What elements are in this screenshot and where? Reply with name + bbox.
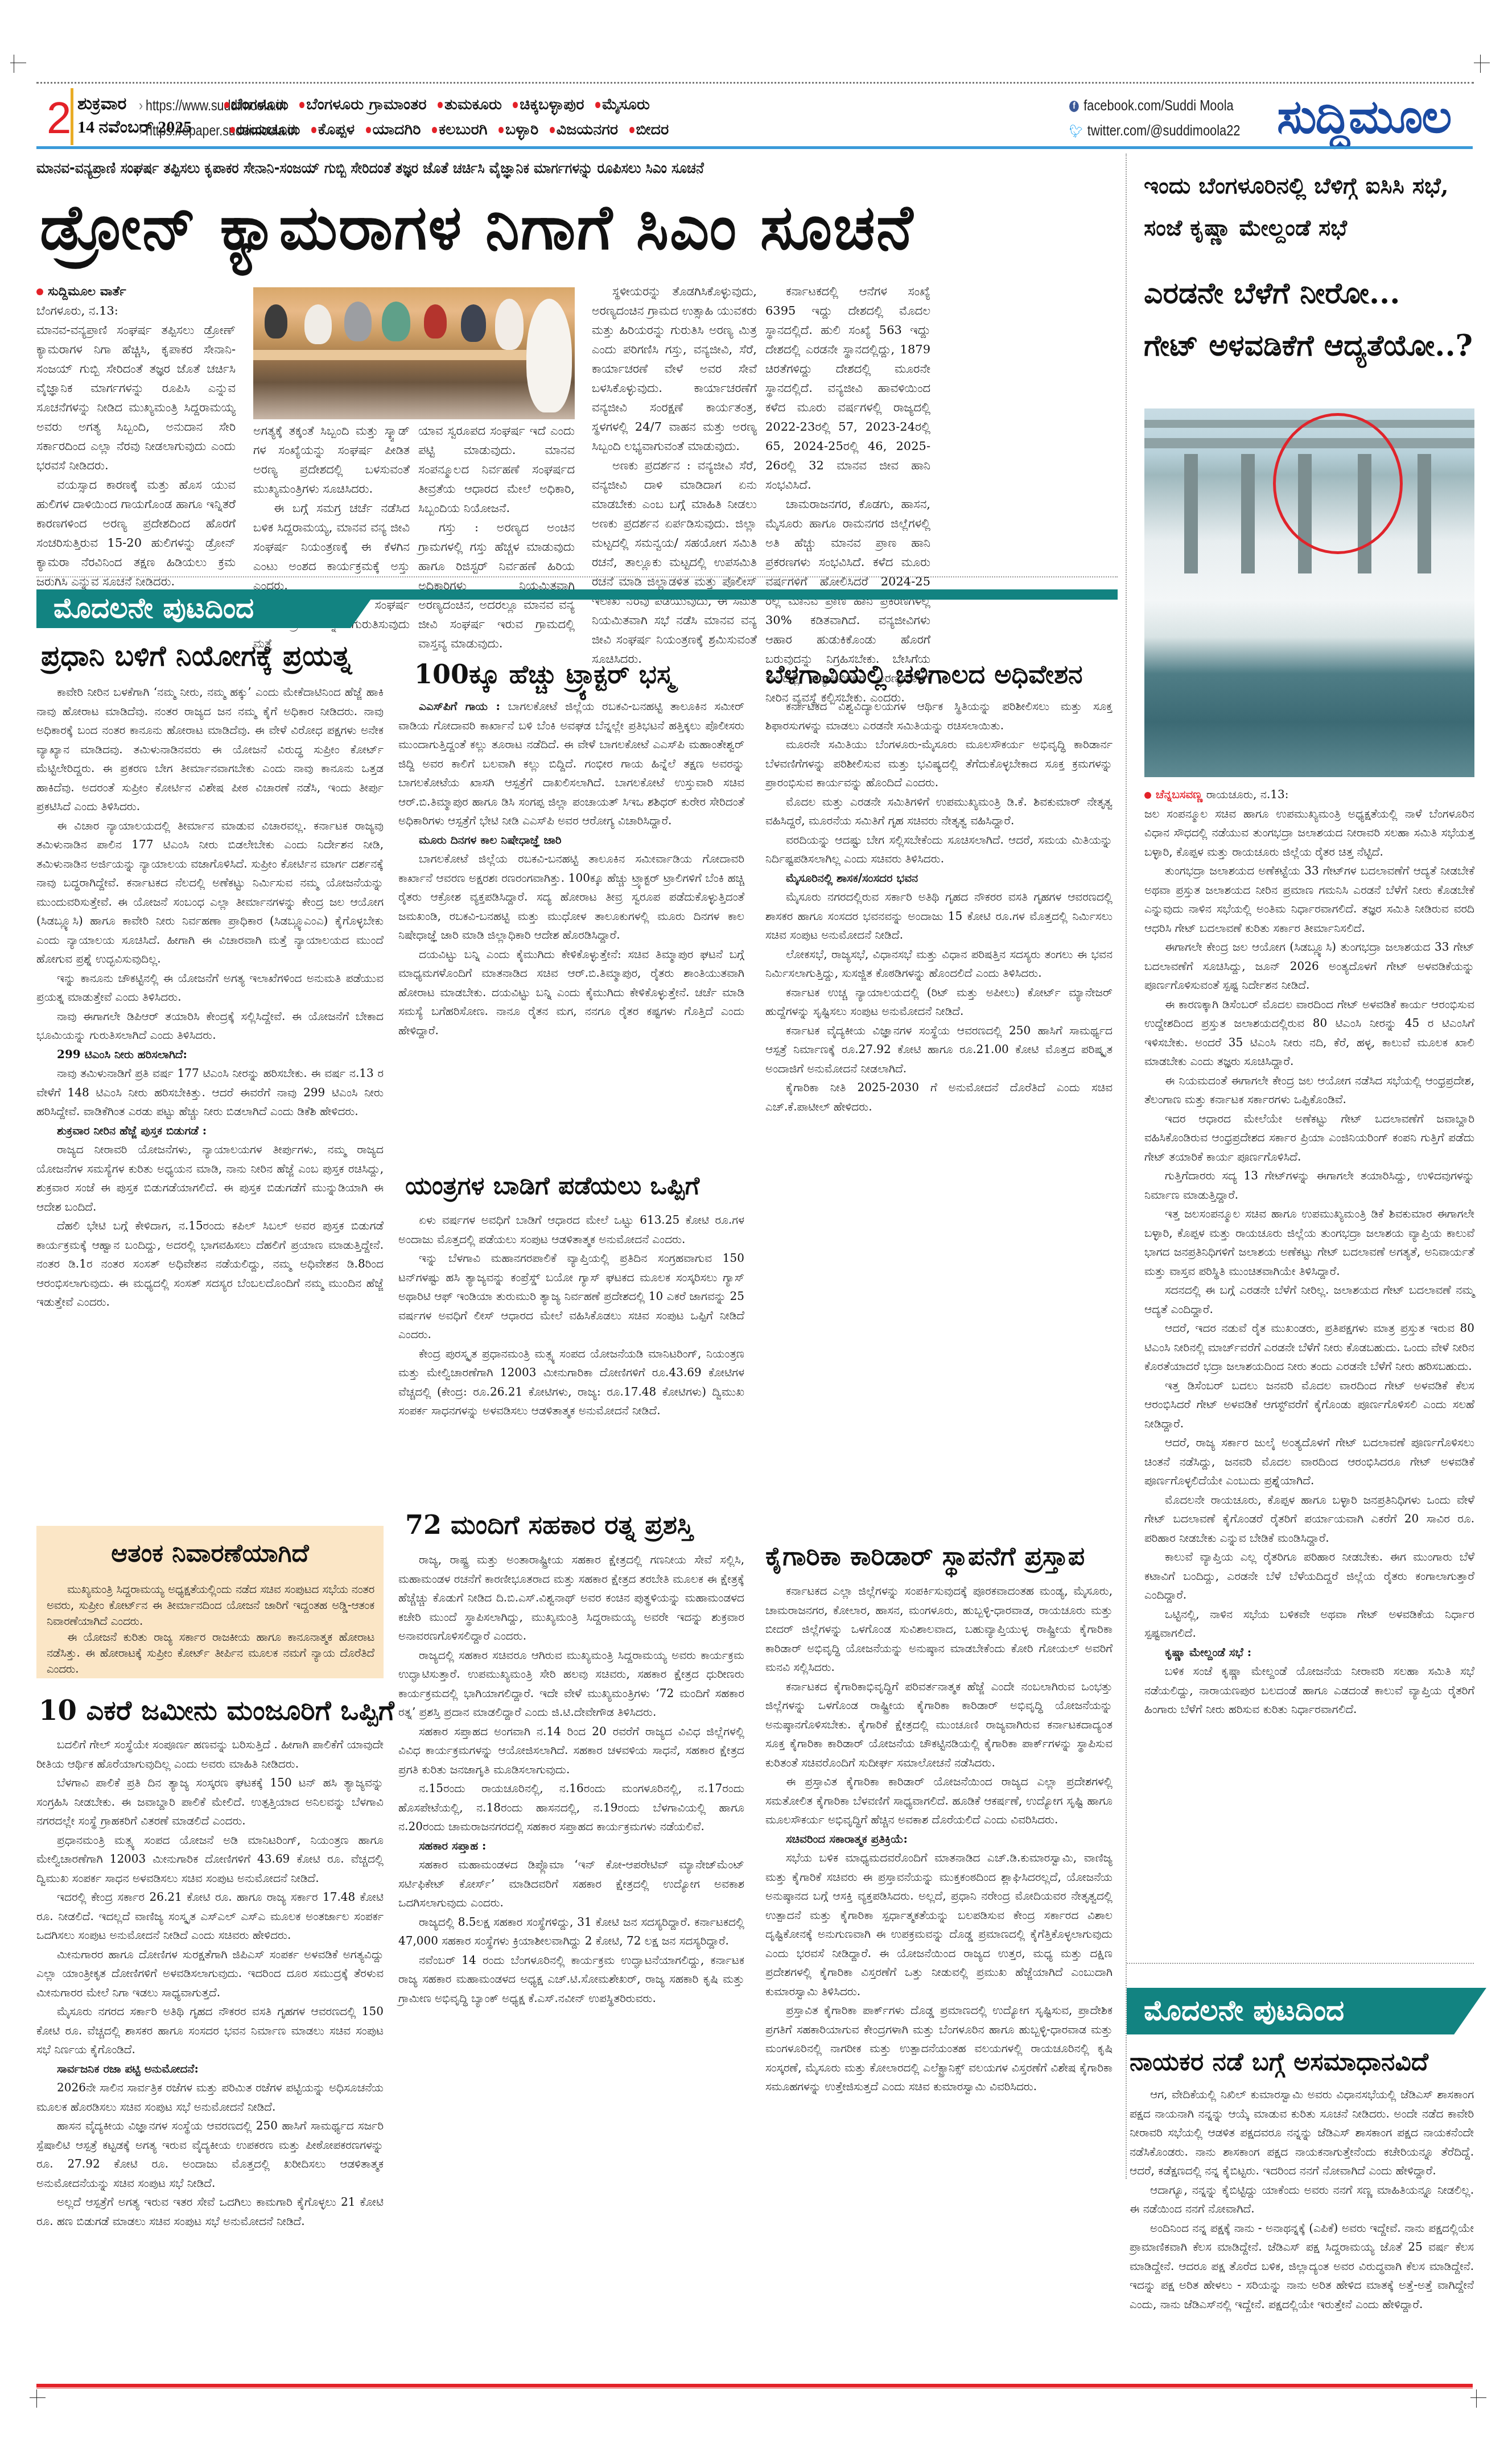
story-headline-corridor: ಕೈಗಾರಿಕಾ ಕಾರಿಡಾರ್ ಸ್ಥಾಪನೆಗೆ ಪ್ರಸ್ತಾಪ	[765, 1536, 1085, 1576]
city-item: ಬೆಂಗಳೂರು ಗ್ರಾಮಾಂತರ	[299, 96, 426, 113]
subheading: ಮೈಸೂರಿನಲ್ಲಿ ಶಾಸಕ/ಸಂಸದರ ಭವನ	[765, 869, 1113, 888]
photo-table	[253, 350, 526, 360]
paragraph: ಒಟ್ಟಿನಲ್ಲಿ, ನಾಳಿನ ಸಭೆಯ ಬಳಿಕವೇ ಅಥವಾ ಗೇಟ್ …	[1144, 1605, 1474, 1643]
paragraph: ಕಾಲುವೆ ವ್ಯಾಪ್ತಿಯ ಎಲ್ಲ ರೈತರಿಗೂ ಪರಿಹಾರ ನೀಡ…	[1144, 1547, 1474, 1605]
city-item: ಮೈಸೂರು	[595, 96, 650, 113]
paragraph: ಸದನದಲ್ಲಿ ಈ ಬಗ್ಗೆ ಎರಡನೇ ಬೆಳೆಗೆ ನೀರಿಲ್ಲ. ಜ…	[1144, 1281, 1474, 1319]
paragraph: ಕರ್ನಾಟಕ ವೈದ್ಯಕೀಯ ವಿಜ್ಞಾನಗಳ ಸಂಸ್ಥೆಯ ಆವರಣದ…	[765, 1021, 1113, 1079]
photo-person	[344, 302, 372, 341]
bullet-icon	[432, 127, 437, 133]
paragraph: ಆದರೆ, ರಾಜ್ಯ ಸರ್ಕಾರ ಜುಲೈ ಅಂತ್ಯದೊಳಗೆ ಗೇಟ್ …	[1144, 1433, 1474, 1491]
paragraph: ಮುಖ್ಯಮಂತ್ರಿ ಸಿದ್ದರಾಮಯ್ಯ ಅಧ್ಯಕ್ಷತೆಯಲ್ಲಿಂದ…	[47, 1582, 374, 1629]
chevron-right-icon: ›	[139, 97, 143, 114]
paragraph: ಸಹಕಾರ ಮಹಾಮಂಡಳದ ಡಿಪ್ಲೊಮಾ ‘ಇನ್ ಕೋ-ಆಪರೇಟಿವ್…	[398, 1855, 744, 1913]
column-divider	[1126, 154, 1127, 2179]
paragraph: ಕರ್ನಾಟಕದ ವಿಶ್ವವಿದ್ಯಾಲಯಗಳ ಆರ್ಥಿಕ ಸ್ಥಿತಿಯನ…	[765, 697, 1113, 735]
story-land-body: ಬದಲಿಗೆ ಗೇಲ್ ಸಂಸ್ಥೆಯೇ ಸಂಪೂರ್ಣ ಹಣವನ್ನು ಬರಿ…	[36, 1735, 384, 2231]
paragraph: ರಾಜ್ಯದಲ್ಲಿ 8.5ಲಕ್ಷ ಸಹಕಾರ ಸಂಸ್ಥೆಗಳಿದ್ದು, …	[398, 1913, 744, 1951]
city-item: ಕಲಬುರಗಿ	[432, 121, 488, 138]
box-body: ಮುಖ್ಯಮಂತ್ರಿ ಸಿದ್ದರಾಮಯ್ಯ ಅಧ್ಯಕ್ಷತೆಯಲ್ಲಿಂದ…	[47, 1582, 374, 1677]
bullet-icon	[550, 127, 555, 133]
subheading: ಕೃಷ್ಣಾ ಮೇಲ್ದಂಡೆ ಸಭೆ :	[1144, 1643, 1474, 1662]
paragraph: ಇನ್ನು ಕಾನೂನು ಚೌಕಟ್ಟಿನಲ್ಲಿ ಈ ಯೋಜನೆಗೆ ಅಗತ್…	[36, 969, 384, 1007]
highlight-box: ಆತಂಕ ನಿವಾರಣೆಯಾಗಿದೆ ಮುಖ್ಯಮಂತ್ರಿ ಸಿದ್ದರಾಮಯ…	[36, 1526, 384, 1678]
crop-mark	[36, 2389, 37, 2408]
story-pm-body: ಕಾವೇರಿ ನೀರಿನ ಬಳಕೆಗಾಗಿ ‘ನಮ್ಮ ನೀರು, ನಮ್ಮ ಹ…	[36, 683, 384, 1312]
city-item: ರಾಯಚೂರು	[230, 121, 300, 138]
paragraph: ಈ ಪ್ರಸ್ತಾವಿತ ಕೈಗಾರಿಕಾ ಕಾರಿಡಾರ್ ಯೋಜನೆಯಿಂದ…	[765, 1772, 1113, 1830]
lead-column-3: ಯಾವ ಸ್ವರೂಪದ ಸಂಘರ್ಷ ಇದೆ ಎಂದು ಪಟ್ಟಿ ಮಾಡುವು…	[418, 421, 575, 653]
bullet-icon	[311, 127, 316, 133]
paragraph: ಇದರಲ್ಲಿ ಕೇಂದ್ರ ಸರ್ಕಾರ 26.21 ಕೋಟಿ ರೂ. ಹಾಗ…	[36, 1888, 384, 1945]
story-headline-land: 10 ಎಕರೆ ಜಮೀನು ಮಂಜೂರಿಗೆ ಒಪ್ಪಿಗೆ	[39, 1691, 394, 1731]
crop-mark	[1470, 2397, 1486, 2398]
photo-person	[304, 304, 332, 344]
city-row-1: ಬೆಂಗಳೂರು ಬೆಂಗಳೂರು ಗ್ರಾಮಾಂತರ ತುಮಕೂರು ಚಿಕ್…	[224, 93, 810, 118]
paragraph: ಮೈಸೂರು ನಗರದ ಸರ್ಕಾರಿ ಅತಿಥಿ ಗೃಹದ ನೌಕರರ ವಸತ…	[36, 2002, 384, 2059]
subheading: ಸಾರ್ವಜನಿಕ ರಜಾ ಪಟ್ಟಿ ಅನುಮೋದನೆ:	[36, 2059, 384, 2079]
top-dotted-rule	[36, 82, 1474, 84]
masthead-rule	[36, 146, 1473, 149]
byline: ಚೆನ್ನಬಸವಣ್ಣ ರಾಯಚೂರು, ನ.13:	[1144, 785, 1474, 804]
section-banner-from-front: ಮೊದಲನೇ ಪುಟದಿಂದ	[36, 589, 378, 628]
paragraph: ಈಗಾಗಲೇ ಕೇಂದ್ರ ಜಲ ಆಯೋಗ (ಸಿಡಬ್ಲ್ಯೂಸಿ) ತುಂಗ…	[1144, 938, 1474, 995]
paragraph: ನ.15ರಂದು ರಾಯಚೂರಿನಲ್ಲಿ, ನ.16ರಂದು ಮಂಗಳೂರಿನ…	[398, 1779, 744, 1836]
crop-mark	[1480, 55, 1481, 73]
city-editions: ಬೆಂಗಳೂರು ಬೆಂಗಳೂರು ಗ್ರಾಮಾಂತರ ತುಮಕೂರು ಚಿಕ್…	[224, 93, 810, 143]
paragraph: ಈ ನಿಯಮದಂತೆ ಈಗಾಗಲೇ ಕೇಂದ್ರ ಜಲ ಆಯೋಗ ನಡೆಸಿದ …	[1144, 1071, 1474, 1109]
paragraph: ರಾಜ್ಯದಲ್ಲಿ ಸಹಕಾರ ಸಚಿವರೂ ಆಗಿರುವ ಮುಖ್ಯಮಂತ್…	[398, 1646, 744, 1722]
story-headline-session: ಬೆಳಗಾವಿಯಲ್ಲಿ ಚಳಿಗಾಲದ ಅಧಿವೇಶನ	[765, 654, 1083, 694]
paragraph: ಮೊದಲ ಮತ್ತು ಎರಡನೇ ಸಮಿತಿಗಳಿಗೆ ಉಪಮುಖ್ಯಮಂತ್ರ…	[765, 793, 1113, 831]
story-headline-tractor: 100ಕ್ಕೂ ಹೆಚ್ಚು ಟ್ರ್ಯಾಕ್ಟರ್ ಭಸ್ಮ	[414, 654, 674, 694]
lead-column-4: ಸ್ಥಳೀಯರನ್ನು ತೊಡಗಿಸಿಕೊಳ್ಳುವುದು, ಅರಣ್ಯದಂಚಿ…	[592, 282, 757, 668]
city-item: ಯಾದಗಿರಿ	[366, 121, 421, 138]
bullet-icon	[1144, 792, 1151, 799]
paragraph: ಹಾಸನ ವೈದ್ಯಕೀಯ ವಿಜ್ಞಾನಗಳ ಸಂಸ್ಥೆಯ ಆವರಣದಲ್ಲ…	[36, 2116, 384, 2193]
story-machines-body: ಏಳು ವರ್ಷಗಳ ಅವಧಿಗೆ ಬಾಡಿಗೆ ಆಧಾರದ ಮೇಲೆ ಒಟ್ಟ…	[398, 1211, 744, 1421]
paragraph: ಜಲ ಸಂಪನ್ಮೂಲ ಸಚಿವ ಹಾಗೂ ಉಪಮುಖ್ಯಮಂತ್ರಿ ಅಧ್ಯ…	[1144, 804, 1474, 862]
story-corridor-body: ಕರ್ನಾಟಕದ ಎಲ್ಲಾ ಜಿಲ್ಲೆಗಳನ್ನು ಸಂಪರ್ಕಿಸುವುದ…	[765, 1582, 1113, 2096]
city-item: ಬೀದರ	[629, 121, 669, 138]
paragraph: ಈ ಬಗ್ಗೆ ಸಮಗ್ರ ಚರ್ಚೆ ನಡೆಸಿದ ಬಳಿಕ ಸಿದ್ದರಾಮ…	[253, 498, 410, 595]
paragraph: ಈ ಕಾರಣಕ್ಕಾಗಿ ಡಿಸೆಂಬರ್ ಮೊದಲ ವಾರದಿಂದ ಗೇಟ್ …	[1144, 995, 1474, 1071]
story-award-body: ರಾಜ್ಯ, ರಾಷ್ಟ್ರ ಮತ್ತು ಅಂತಾರಾಷ್ಟ್ರೀಯ ಸಹಕಾರ…	[398, 1550, 744, 2008]
right-headline: ಎರಡನೇ ಬೆಳೆಗೆ ನೀರೋ... ಗೇಟ್ ಅಳವಡಿಕೆಗೆ ಆದ್ಯ…	[1144, 267, 1485, 372]
paragraph: ಎಎಸ್‌ಪಿಗೆ ಗಾಯ : ಬಾಗಲಕೋಟೆ ಜಿಲ್ಲೆಯ ರಬಕವಿ-ಬ…	[398, 697, 744, 831]
facebook-link[interactable]: ffacebook.com/Suddi Moola	[1069, 94, 1240, 119]
story-tractor-body: ಎಎಸ್‌ಪಿಗೆ ಗಾಯ : ಬಾಗಲಕೋಟೆ ಜಿಲ್ಲೆಯ ರಬಕವಿ-ಬ…	[398, 697, 744, 1040]
paragraph: ಮೈಸೂರು ನಗರದಲ್ಲಿರುವ ಸರ್ಕಾರಿ ಅತಿಥಿ ಗೃಹದ ನೌ…	[765, 888, 1113, 945]
dam-pillar	[1184, 454, 1198, 573]
meeting-photo	[253, 287, 575, 419]
lead-column-5: ಕರ್ನಾಟಕದಲ್ಲಿ ಆನೆಗಳ ಸಂಖ್ಯೆ 6395 ಇದ್ದು ದೇಶ…	[765, 282, 930, 707]
paragraph: ಗಸ್ತು : ಅರಣ್ಯದ ಅಂಚಿನ ಗ್ರಾಮಗಳಲ್ಲಿ ಗಸ್ತು ಹ…	[418, 518, 575, 653]
bullet-icon	[629, 127, 634, 133]
story-headline-pm: ಪ್ರಧಾನಿ ಬಳಿಗೆ ನಿಯೋಗಕ್ಕೆ ಪ್ರಯತ್ನ	[41, 636, 352, 676]
paragraph: ಇತ್ತ ಡಿಸೆಂಬರ್ ಬದಲು ಜನವರಿ ಮೊದಲ ವಾರದಿಂದ ಗೇ…	[1144, 1376, 1474, 1434]
section-divider	[36, 576, 1118, 577]
highlight-circle	[1273, 413, 1403, 554]
paragraph: ಕರ್ನಾಟಕದಲ್ಲಿ ಆನೆಗಳ ಸಂಖ್ಯೆ 6395 ಇದ್ದು ದೇಶ…	[765, 282, 930, 494]
bullet-icon	[224, 102, 229, 108]
photo-person	[461, 304, 486, 342]
bullet-icon	[366, 127, 371, 133]
paragraph: ಮೊದಲನೇ ರಾಯಚೂರು, ಕೊಪ್ಪಳ ಹಾಗೂ ಬಳ್ಳಾರಿ ಜನಪ್…	[1144, 1491, 1474, 1548]
day-label: ಶುಕ್ರವಾರ	[77, 94, 126, 114]
story-headline-award: 72 ಮಂದಿಗೆ ಸಹಕಾರ ರತ್ನ ಪ್ರಶಸ್ತಿ	[405, 1505, 693, 1545]
paragraph: 2026ನೇ ಸಾಲಿನ ಸಾರ್ವತ್ರಿಕ ರಜೆಗಳ ಮತ್ತು ಪರಿಮ…	[36, 2078, 384, 2116]
chevron-right-icon: ›	[139, 122, 143, 139]
paragraph: ಕಾವೇರಿ ನೀರಿನ ಬಳಕೆಗಾಗಿ ‘ನಮ್ಮ ನೀರು, ನಮ್ಮ ಹ…	[36, 683, 384, 816]
paragraph: ಯಾವ ಸ್ವರೂಪದ ಸಂಘರ್ಷ ಇದೆ ಎಂದು ಪಟ್ಟಿ ಮಾಡುವು…	[418, 421, 575, 518]
paragraph: ವರದಿಯನ್ನು ಆದಷ್ಟು ಬೇಗ ಸಲ್ಲಿಸಬೇಕೆಂದು ಸೂಚಿಸ…	[765, 831, 1113, 869]
facebook-icon: f	[1069, 101, 1079, 112]
paragraph: ವಯಸ್ಸಾದ ಕಾರಣಕ್ಕೆ ಮತ್ತು ಹೊಸ ಯುವ ಹುಲಿಗಳ ದಾ…	[36, 475, 236, 591]
paragraph: ಗುತ್ತಿಗೆದಾರರು ಸದ್ಯ 13 ಗೇಟ್‌ಗಳನ್ನು ಈಗಾಗಲೇ…	[1144, 1166, 1474, 1204]
bullet-icon	[438, 102, 443, 108]
photo-person	[382, 302, 410, 341]
paragraph: ಅಂದಿನಿಂದ ನನ್ನ ಪಕ್ಷಕ್ಕೆ ನಾನು - ಅನಾಥನ್ನಕ್ಕ…	[1130, 2219, 1474, 2314]
paragraph: ಪ್ರಸ್ತಾವಿತ ಕೈಗಾರಿಕಾ ಪಾರ್ಕ್‌ಗಳು ದೊಡ್ಡ ಪ್ರ…	[765, 2001, 1113, 2096]
city-item: ತುಮಕೂರು	[438, 96, 502, 113]
paragraph: ತುಂಗಭದ್ರಾ ಜಲಾಶಯದ ಅಣೆಕಟ್ಟೆಯ 33 ಗೇಟ್‌ಗಳ ಬದ…	[1144, 861, 1474, 938]
page-number-divider	[71, 88, 73, 145]
photo-person	[526, 299, 572, 412]
crop-mark	[30, 2397, 46, 2398]
crop-mark	[1474, 63, 1490, 63]
paragraph: ರಾಜ್ಯದ ನೀರಾವರಿ ಯೋಜನೆಗಳು, ನ್ಯಾಯಾಲಯಗಳ ತೀರ್…	[36, 1140, 384, 1216]
paragraph: ಈ ಯೋಜನೆ ಕುರಿತು ರಾಜ್ಯ ಸರ್ಕಾರ ರಾಜಕೀಯ ಹಾಗೂ …	[47, 1629, 374, 1677]
paragraph: ಮೀನುಗಾರರ ಹಾಗೂ ದೋಣಿಗಳ ಸುರಕ್ಷತೆಗಾಗಿ ಜಿಪಿಎಸ…	[36, 1945, 384, 2003]
paragraph: ಸಹಕಾರ ಸಪ್ತಾಹದ ಅಂಗವಾಗಿ ನ.14 ರಿಂದ 20 ರವರೆಗ…	[398, 1722, 744, 1780]
paragraph: ನಾವು ತಮಿಳುನಾಡಿಗೆ ಪ್ರತಿ ವರ್ಷ 177 ಟಿಎಂಸಿ ನ…	[36, 1064, 384, 1121]
subheading: ಮೂರು ದಿನಗಳ ಕಾಲ ನಿಷೇಧಾಜ್ಞೆ ಜಾರಿ	[398, 831, 744, 850]
paragraph: ಪ್ರಧಾನಮಂತ್ರಿ ಮತ್ಸ್ಯ ಸಂಪದ ಯೋಜನೆ ಅಡಿ ಮಾನಿಟ…	[36, 1831, 384, 1888]
paragraph: ಇದರ ಆಧಾರದ ಮೇಲೆಯೇ ಅಣೆಕಟ್ಟು ಗೇಟ್ ಬದಲಾವಣೆಗೆ…	[1144, 1109, 1474, 1167]
paragraph: ಕೇಂದ್ರ ಪುರಸ್ಕೃತ ಪ್ರಧಾನಮಂತ್ರಿ ಮತ್ಸ್ಯ ಸಂಪದ…	[398, 1344, 744, 1421]
dam-photo	[1144, 408, 1474, 777]
story-headline-machines: ಯಂತ್ರಗಳ ಬಾಡಿಗೆ ಪಡೆಯಲು ಒಪ್ಪಿಗೆ	[405, 1166, 699, 1206]
lead-headline: ಡ್ರೋನ್ ಕ್ಯಾಮರಾಗಳ ನಿಗಾಗೆ ಸಿಎಂ ಸೂಚನೆ	[40, 188, 1121, 267]
paragraph: ಅಗತ್ಯಕ್ಕೆ ತಕ್ಕಂತೆ ಸಿಬ್ಬಂದಿ ಮತ್ತು ಸ್ಕ್ವಾಡ…	[253, 421, 410, 498]
paragraph: ಏಳು ವರ್ಷಗಳ ಅವಧಿಗೆ ಬಾಡಿಗೆ ಆಧಾರದ ಮೇಲೆ ಒಟ್ಟ…	[398, 1211, 744, 1249]
paragraph: ಮಾನವ-ವನ್ಯಪ್ರಾಣಿ ಸಂಘರ್ಷ ತಪ್ಪಿಸಲು ಡ್ರೋಣ್ ಕ…	[36, 320, 236, 475]
crop-mark	[14, 55, 14, 73]
page-number: 2	[47, 95, 71, 141]
bullet-icon	[513, 102, 518, 108]
paragraph: ಬಳಿಕ ಸಂಜೆ ಕೃಷ್ಣಾ ಮೇಲ್ದಂಡೆ ಯೋಜನೆಯ ನೀರಾವರಿ…	[1144, 1662, 1474, 1719]
bullet-icon	[36, 288, 43, 295]
inline-label: ಎಎಸ್‌ಪಿಗೆ ಗಾಯ :	[419, 699, 500, 713]
dam-pillar	[1241, 454, 1255, 573]
city-item: ಕೊಪ್ಪಳ	[311, 121, 355, 138]
newspaper-logo: ಸುದ್ದಿಮೂಲ	[1277, 90, 1451, 143]
story-headline-leaders: ನಾಯಕರ ನಡೆ ಬಗ್ಗೆ ಅಸಮಾಧಾನವಿದೆ	[1130, 2042, 1428, 2082]
paragraph: ಕರ್ನಾಟಕದ ಕೈಗಾರಿಕಾಭಿವೃದ್ಧಿಗೆ ಪರಿವರ್ತನಾತ್ಮ…	[765, 1677, 1113, 1773]
paragraph: ರಾಜ್ಯ, ರಾಷ್ಟ್ರ ಮತ್ತು ಅಂತಾರಾಷ್ಟ್ರೀಯ ಸಹಕಾರ…	[398, 1550, 744, 1646]
paragraph: ಇನ್ನು ಬೆಳಗಾವಿ ಮಹಾನಗರಪಾಲಿಕೆ ವ್ಯಾಪ್ತಿಯಲ್ಲಿ…	[398, 1249, 744, 1344]
section-divider	[1127, 1963, 1474, 1964]
twitter-icon: 🐦︎	[1069, 120, 1082, 143]
twitter-link[interactable]: 🐦︎twitter.com/@suddimoola22	[1069, 119, 1240, 144]
bullet-icon	[498, 127, 504, 133]
subheading: ಸಚಿವರಿಂದ ಸಕಾರಾತ್ಮಕ ಪ್ರತಿಕ್ರಿಯೆ:	[765, 1830, 1113, 1849]
crop-mark	[1476, 2389, 1477, 2408]
paragraph: ಕರ್ನಾಟಕ ಉಚ್ಚ ನ್ಯಾಯಾಲಯದಲ್ಲಿ (ರಿಟ್ ಮತ್ತು ಅ…	[765, 983, 1113, 1021]
lead-kicker: ಮಾನವ-ವನ್ಯಪ್ರಾಣಿ ಸಂಘರ್ಷ ತಪ್ಪಿಸಲು ಕೃಪಾಕರ ಸ…	[36, 156, 966, 180]
section-banner-strip	[341, 589, 1118, 600]
photo-person	[495, 299, 524, 350]
bullet-icon	[595, 102, 600, 108]
paragraph: ಆದಾಗ್ಯೂ, ನನ್ನನ್ನು ಕೈಬಿಟ್ಟಿದ್ದು ಯಾಕೆಂದು ಅ…	[1130, 2181, 1474, 2219]
section-banner-from-front-right: ಮೊದಲನೇ ಪುಟದಿಂದ	[1127, 1988, 1486, 2034]
paragraph: ದೆಹಲಿ ಭೇಟಿ ಬಗ್ಗೆ ಕೇಳಿದಾಗ, ನ.15ರಂದು ಕಪಿಲ್…	[36, 1216, 384, 1312]
lead-column-1: ಸುದ್ದಿಮೂಲ ವಾರ್ತೆ ಬೆಂಗಳೂರು, ನ.13: ಮಾನವ-ವನ…	[36, 282, 236, 630]
photo-person	[265, 304, 287, 339]
paragraph: ಅಲ್ಲದೆ ಆಸ್ಪತ್ರೆಗೆ ಅಗತ್ಯ ಇರುವ ಇತರ ಸೇವೆ ಒದ…	[36, 2193, 384, 2231]
dam-pillar	[1418, 454, 1431, 573]
paragraph: ಇತ್ತ ಜಲಸಂಪನ್ಮೂಲ ಸಚಿವ ಹಾಗೂ ಉಪಮುಖ್ಯಮಂತ್ರಿ …	[1144, 1204, 1474, 1281]
paragraph: ಮೂರನೇ ಸಮಿತಿಯು ಬೆಂಗಳೂರು-ಮೈಸೂರು ಮೂಲಸೌಕರ್ಯ …	[765, 735, 1113, 793]
city-item: ಬಳ್ಳಾರಿ	[498, 121, 538, 138]
subheading: 299 ಟಿಎಂಸಿ ನೀರು ಹರಿಸಲಾಗಿದೆ:	[36, 1045, 384, 1064]
paragraph: ನಾವು ಈಗಾಗಲೇ ಡಿಪಿಆರ್ ತಯಾರಿಸಿ ಕೇಂದ್ರಕ್ಕೆ ಸ…	[36, 1007, 384, 1045]
city-row-2: ರಾಯಚೂರು ಕೊಪ್ಪಳ ಯಾದಗಿರಿ ಕಲಬುರಗಿ ಬಳ್ಳಾರಿ ವ…	[224, 118, 810, 143]
subheading: ಸಹಕಾರ ಸಪ್ತಾಹ :	[398, 1836, 744, 1856]
paragraph: ಬೆಳಗಾವಿ ಪಾಲಿಕೆ ಪ್ರತಿ ದಿನ ತ್ಯಾಜ್ಯ ಸಂಸ್ಕರಣ…	[36, 1773, 384, 1831]
right-story-body: ಚೆನ್ನಬಸವಣ್ಣ ರಾಯಚೂರು, ನ.13: ಜಲ ಸಂಪನ್ಮೂಲ ಸ…	[1144, 785, 1474, 1719]
crop-mark	[10, 63, 26, 63]
paragraph: ಸ್ಥಳೀಯರನ್ನು ತೊಡಗಿಸಿಕೊಳ್ಳುವುದು, ಅರಣ್ಯದಂಚಿ…	[592, 282, 757, 456]
byline: ಸುದ್ದಿಮೂಲ ವಾರ್ತೆ	[36, 282, 236, 301]
paragraph: ಕೈಗಾರಿಕಾ ನೀತಿ 2025-2030 ಗೆ ಅನುಮೋದನೆ ದೊರೆ…	[765, 1078, 1113, 1116]
paragraph: ಅಣಕು ಪ್ರದರ್ಶನ : ವನ್ಯಜೀವಿ ಸೆರೆ, ವನ್ಯಜೀವಿ …	[592, 456, 757, 668]
paragraph: ಈ ವಿಚಾರ ನ್ಯಾಯಾಲಯದಲ್ಲಿ ತೀರ್ಮಾನ ಮಾಡುವ ವಿಚಾ…	[36, 816, 384, 969]
paragraph: ಆಗ, ವೇದಿಕೆಯಲ್ಲಿ ನಿಖಿಲ್ ಕುಮಾರಸ್ವಾಮಿ ಅವರು …	[1130, 2085, 1474, 2181]
paragraph: ಬಾಗಲಕೋಟೆ ಜಿಲ್ಲೆಯ ರಬಕವಿ-ಬನಹಟ್ಟಿ ತಾಲೂಕಿನ ಸ…	[398, 849, 744, 945]
story-leaders-body: ಆಗ, ವೇದಿಕೆಯಲ್ಲಿ ನಿಖಿಲ್ ಕುಮಾರಸ್ವಾಮಿ ಅವರು …	[1130, 2085, 1474, 2314]
right-headline-line-1: ಎರಡನೇ ಬೆಳೆಗೆ ನೀರೋ...	[1144, 267, 1485, 320]
paragraph: ಕರ್ನಾಟಕದ ಎಲ್ಲಾ ಜಿಲ್ಲೆಗಳನ್ನು ಸಂಪರ್ಕಿಸುವುದ…	[765, 1582, 1113, 1677]
subheading: ಶುಕ್ರವಾರ ನೀರಿನ ಹೆಜ್ಜೆ ಪುಸ್ತಕ ಬಿಡುಗಡೆ :	[36, 1121, 384, 1141]
bullet-icon	[230, 127, 235, 133]
social-links: ffacebook.com/Suddi Moola 🐦︎twitter.com/…	[1069, 94, 1240, 144]
dateline: ಬೆಂಗಳೂರು, ನ.13:	[36, 301, 236, 320]
box-headline: ಆತಂಕ ನಿವಾರಣೆಯಾಗಿದೆ	[36, 1534, 384, 1574]
paragraph: ಬದಲಿಗೆ ಗೇಲ್ ಸಂಸ್ಥೆಯೇ ಸಂಪೂರ್ಣ ಹಣವನ್ನು ಬರಿ…	[36, 1735, 384, 1773]
right-kicker: ಇಂದು ಬೆಂಗಳೂರಿನಲ್ಲಿ ಬೆಳಿಗ್ಗೆ ಐಸಿಸಿ ಸಭೆ, ಸ…	[1144, 165, 1485, 249]
paragraph: ನವೆಂಬರ್ 14 ರಂದು ಬೆಂಗಳೂರಿನಲ್ಲಿ ಕಾರ್ಯಕ್ರಮ …	[398, 1951, 744, 2008]
footer-rule-shadow	[36, 2387, 1473, 2389]
right-headline-line-2: ಗೇಟ್ ಅಳವಡಿಕೆಗೆ ಆದ್ಯತೆಯೋ..?	[1144, 320, 1485, 372]
city-item: ಬೆಂಗಳೂರು	[224, 96, 289, 113]
bullet-icon	[299, 102, 304, 108]
masthead: 2 ಶುಕ್ರವಾರ 14 ನವೆಂಬರ್ 2025 ›https://www.…	[36, 88, 1470, 146]
story-session-body: ಕರ್ನಾಟಕದ ವಿಶ್ವವಿದ್ಯಾಲಯಗಳ ಆರ್ಥಿಕ ಸ್ಥಿತಿಯನ…	[765, 697, 1113, 1116]
city-item: ಚಿಕ್ಕಬಳ್ಳಾಪುರ	[513, 96, 584, 113]
city-item: ವಿಜಯನಗರ	[550, 121, 618, 138]
paragraph: ಸಭೆಯ ಬಳಿಕ ಮಾಧ್ಯಮದವರೊಂದಿಗೆ ಮಾತನಾಡಿದ ಎಚ್.ಡ…	[765, 1848, 1113, 2001]
photo-person	[424, 304, 447, 339]
paragraph: ಲೋಕಸಭೆ, ರಾಜ್ಯಸಭೆ, ವಿಧಾನಸಭೆ ಮತ್ತು ವಿಧಾನ ಪ…	[765, 945, 1113, 983]
paragraph: ದಯವಿಟ್ಟು ಬನ್ನಿ ಎಂದು ಕೈಮುಗಿದು ಕೇಳಿಕೊಳ್ಳುತ…	[398, 945, 744, 1041]
paragraph: ಆದರೆ, ಇದರ ನಡುವೆ ರೈತ ಮುಖಂಡರು, ಪ್ರತಿಪಕ್ಷಗಳ…	[1144, 1319, 1474, 1376]
